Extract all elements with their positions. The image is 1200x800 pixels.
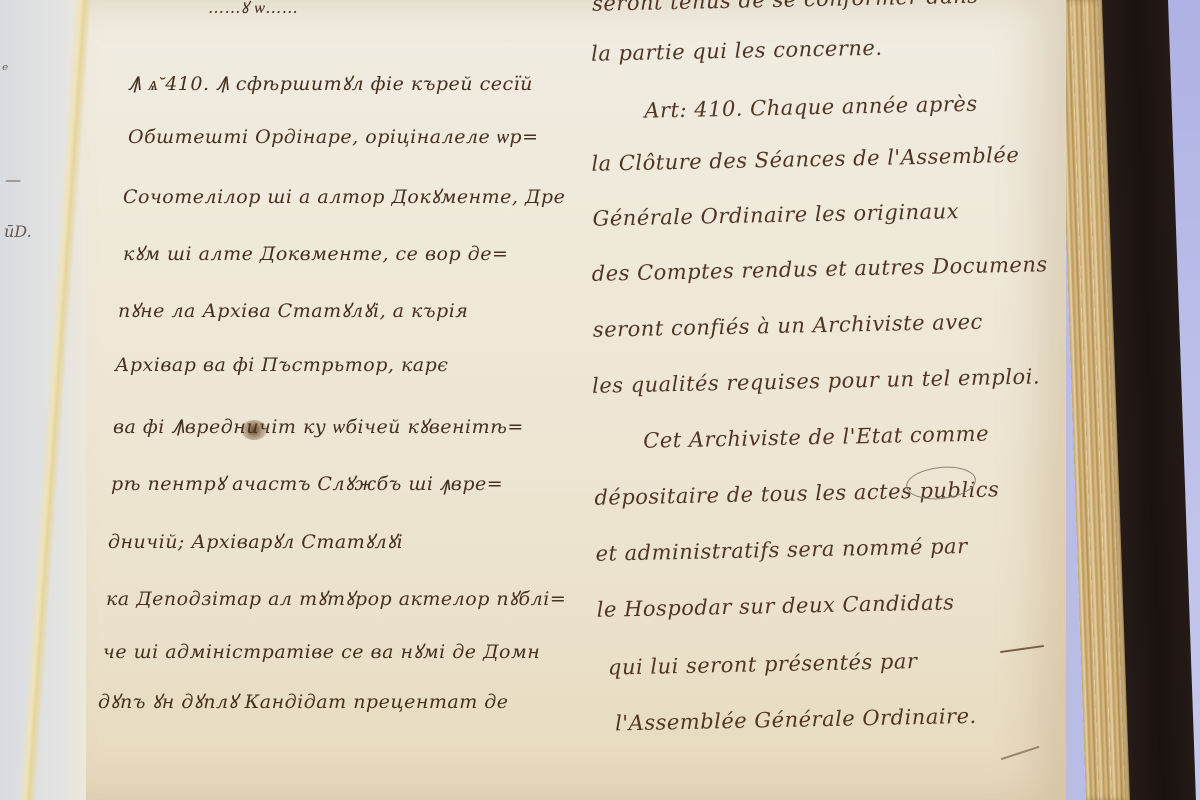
left-page-fragment: —: [5, 170, 21, 189]
left-line-4: кꙋм ші алте Доквменте, се вор де=: [123, 240, 508, 266]
left-line-2: Обштешті Ордінаре, оріціналеле ѡр=: [128, 126, 539, 149]
left-line-10: ка Деподзітар ал тꙋтꙋрор актелор пꙋблі=: [106, 585, 566, 611]
left-line-1: Ꙟ ѧ̆ 410. Ꙟ сфѣршитꙋл фіе кърей сесїй: [128, 70, 533, 96]
manuscript-photo: ᵉ — ūD. ……ꙋ ѡ…… Ꙟ ѧ̆ 410. Ꙟ сфѣршитꙋл фі…: [0, 0, 1200, 800]
left-line-9: дничій; Архіварꙋл Статꙋлꙋі: [108, 528, 403, 554]
left-line-12: дꙋпъ ꙋн дꙋплꙋ Кандідат прецентат де: [98, 688, 509, 714]
left-line-8: рѣ пентрꙋ ачастъ Слꙋжбъ ші ꙟвре=: [111, 470, 503, 496]
left-line-3: Сочотелілор ші а алтор Докꙋменте, Дре: [123, 183, 565, 209]
left-page-fragment: ᵉ: [2, 60, 8, 79]
left-line-5: пꙋне ла Архіва Статꙋлꙋі, а кърія: [118, 297, 468, 323]
left-line-6: Архівар ва фі Пъстрьтор, карє: [115, 354, 448, 376]
left-page-fragment: ūD.: [4, 222, 32, 241]
manuscript-page: [86, 0, 1066, 800]
left-line-11: че ші адміністратіве се ва нꙋмі де Домн: [103, 638, 540, 664]
left-top-fragment: ……ꙋ ѡ……: [208, 0, 298, 18]
left-line-7: ва фі Ꙟвредничіт ку ѡбічей кꙋвенітѣ=: [113, 413, 524, 439]
